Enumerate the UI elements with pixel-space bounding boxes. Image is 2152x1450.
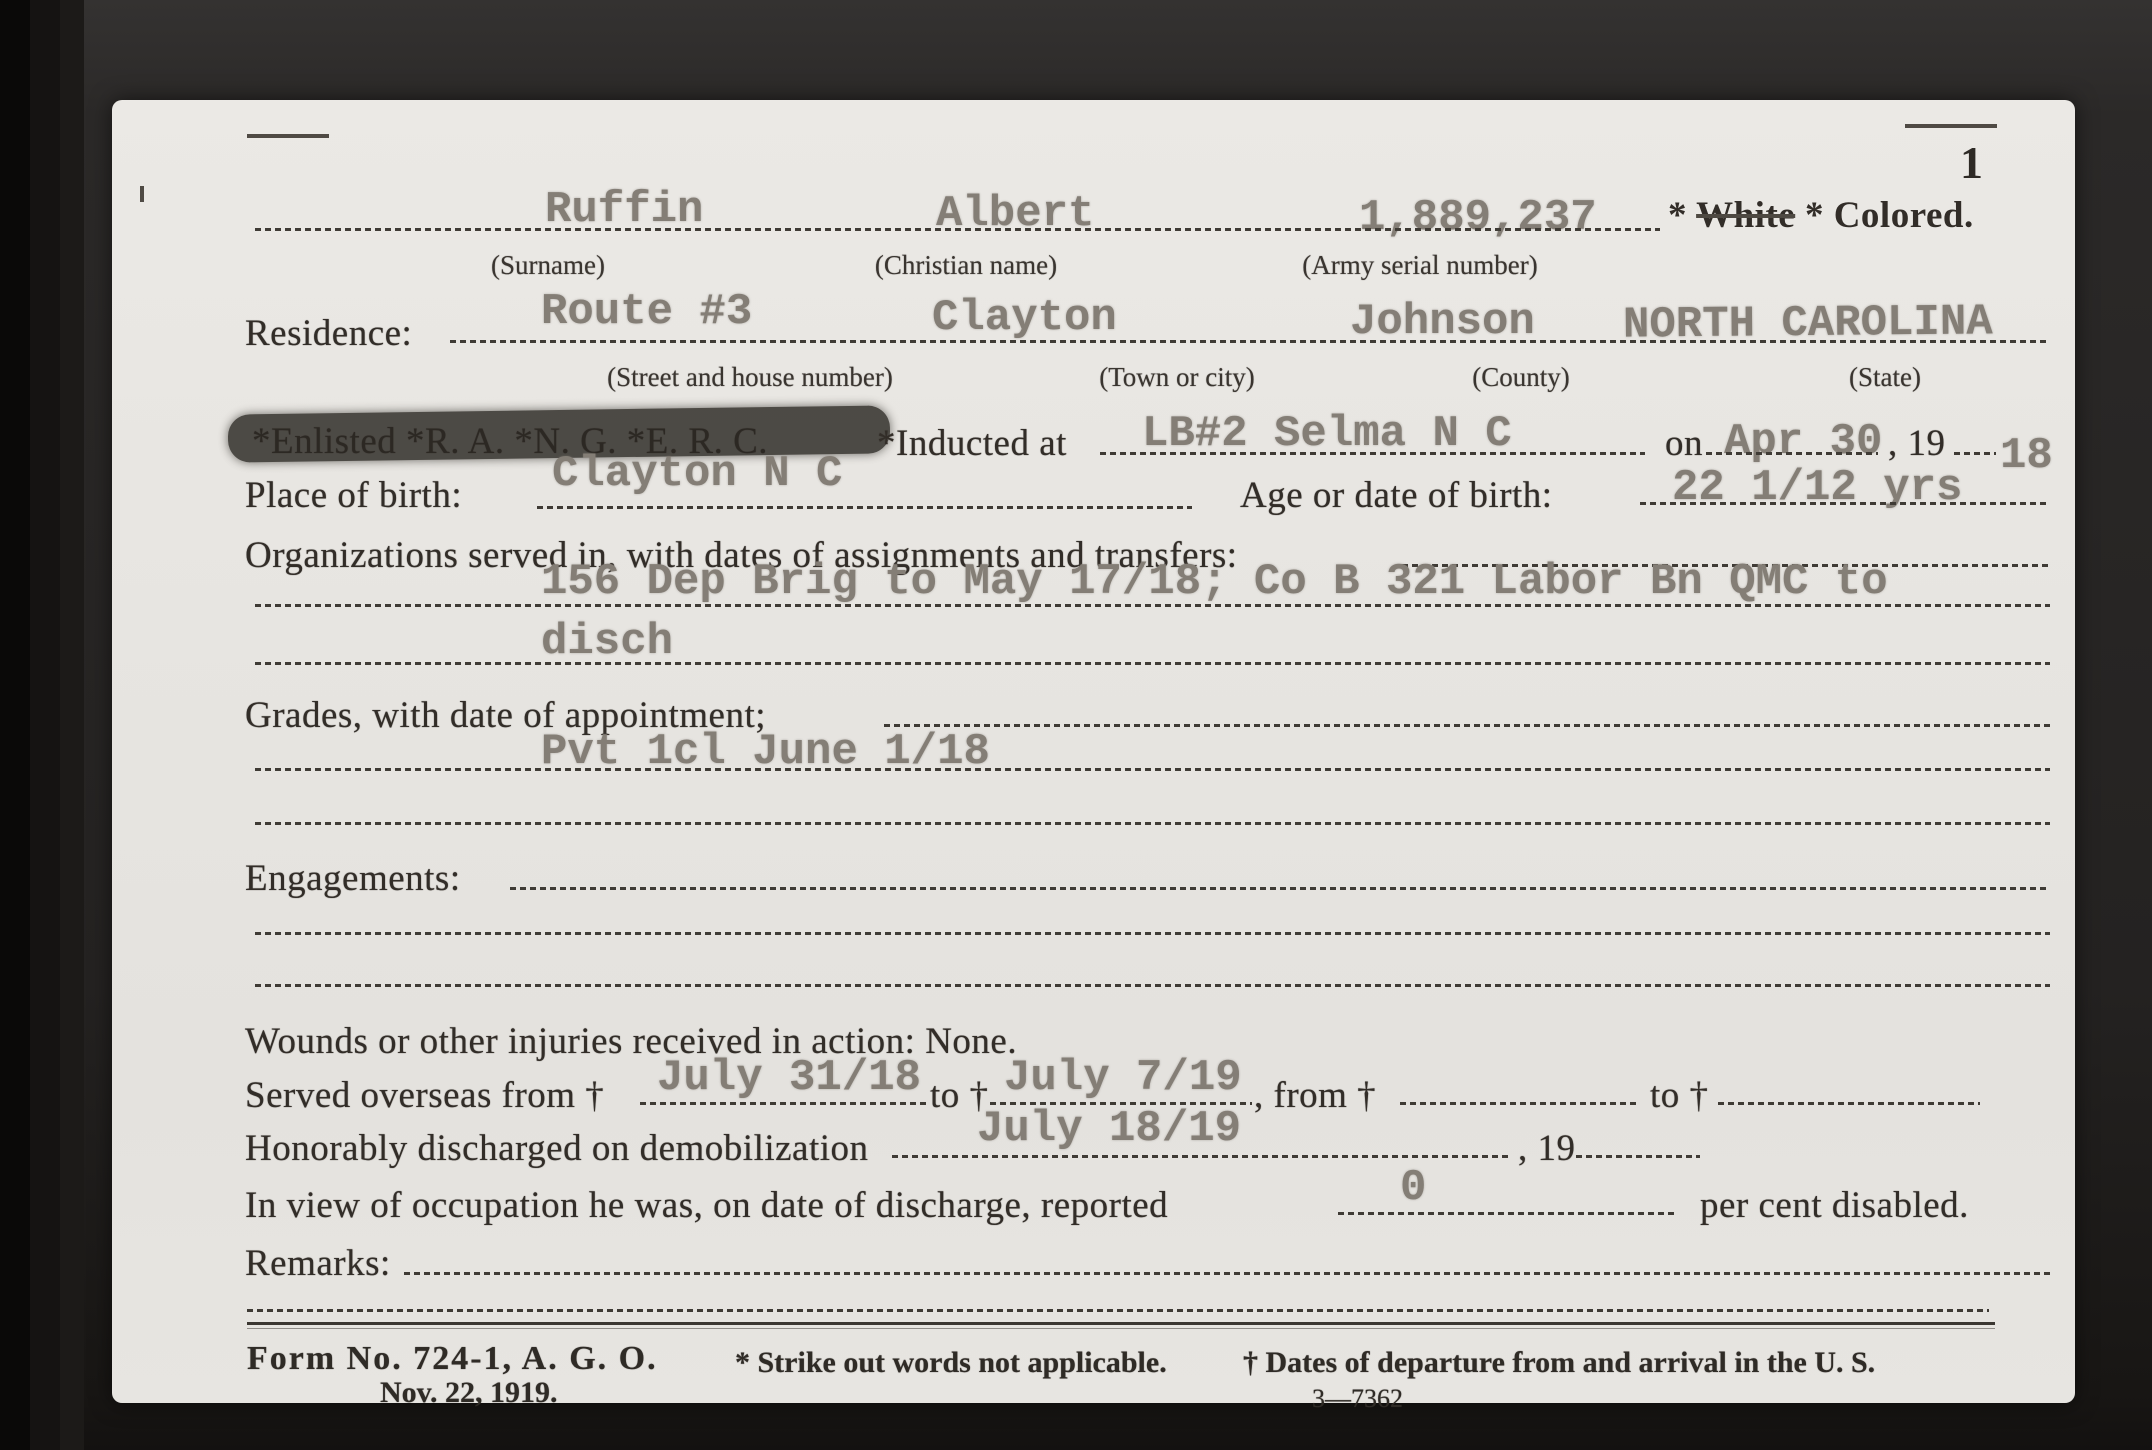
dotted-line: [450, 340, 2050, 343]
organizations-line1-value: 156 Dep Brig to May 17/18; Co B 321 Labo…: [541, 560, 1888, 604]
footnote-dates: † Dates of departure from and arrival in…: [1243, 1346, 1875, 1380]
serial-number-value: 1,889,237: [1359, 196, 1597, 240]
dotted-line: [404, 1272, 2050, 1275]
dotted-line: [255, 662, 2050, 665]
disability-suffix-label: per cent disabled.: [1700, 1184, 1969, 1227]
race-white-struck: White: [1696, 195, 1795, 236]
dotted-line: [1706, 452, 1878, 455]
dotted-line: [537, 506, 1192, 509]
on-label: on: [1665, 422, 1703, 465]
form-number: Form No. 724-1, A. G. O.: [247, 1340, 658, 1378]
dotted-line: [255, 604, 2050, 607]
discharge-date-value: July 18/19: [977, 1107, 1241, 1151]
residence-label: Residence:: [245, 312, 412, 355]
overseas-from1-value: July 31/18: [657, 1056, 921, 1100]
place-of-birth-value: Clayton N C: [552, 452, 842, 496]
footer-rule-echo: [247, 1328, 1995, 1329]
form-date: Nov. 22, 1919.: [380, 1376, 558, 1410]
dotted-line: [255, 768, 2050, 771]
dotted-line: [1400, 1102, 1640, 1105]
street-value: Route #3: [541, 290, 752, 334]
disability-prefix-label: In view of occupation he was, on date of…: [245, 1184, 1168, 1227]
dotted-line: [247, 1309, 1989, 1312]
top-left-dash-mark: [247, 134, 329, 138]
town-value: Clayton: [932, 296, 1117, 340]
inducted-place-value: LB#2 Selma N C: [1142, 412, 1512, 456]
race-star: *: [1668, 195, 1687, 236]
dotted-line: [510, 887, 2050, 890]
engagements-label: Engagements:: [245, 857, 461, 900]
scan-background: 1 Ruffin Albert 1,889,237 * White * Colo…: [0, 0, 2152, 1450]
dotted-line: [1100, 452, 1645, 455]
page-number: 1: [1960, 136, 1983, 189]
dotted-line: [884, 724, 2050, 727]
induction-date-value: Apr 30: [1724, 420, 1882, 464]
remarks-label: Remarks:: [245, 1242, 391, 1285]
dotted-line: [255, 822, 2050, 825]
induction-year-value: 18: [2000, 434, 2053, 478]
page-number-rule: [1905, 124, 1997, 128]
county-label: (County): [1472, 362, 1570, 393]
serial-number-label: (Army serial number): [1302, 250, 1537, 281]
scan-left-edge: [0, 0, 84, 1450]
disability-percent-value: 0: [1400, 1166, 1426, 1210]
dotted-line: [892, 1155, 1510, 1158]
race-colored: * Colored.: [1805, 195, 1974, 236]
overseas-to-label2: to †: [1650, 1074, 1709, 1117]
dotted-line: [1640, 502, 2050, 505]
overseas-from-label2: , from †: [1254, 1074, 1376, 1117]
surname-value: Ruffin: [545, 188, 703, 232]
dotted-line: [255, 984, 2050, 987]
race-options: * White * Colored.: [1668, 194, 1974, 237]
place-of-birth-label: Place of birth:: [245, 474, 462, 517]
organizations-line2-value: disch: [541, 620, 673, 664]
overseas-prefix-label: Served overseas from †: [245, 1074, 604, 1117]
dotted-line: [255, 228, 1660, 231]
surname-label: (Surname): [491, 250, 605, 281]
street-label: (Street and house number): [607, 362, 893, 393]
left-edge-tick-mark: [140, 186, 144, 202]
age-label: Age or date of birth:: [1240, 474, 1553, 517]
dotted-line: [1338, 1212, 1678, 1215]
town-label: (Town or city): [1099, 362, 1255, 393]
year-prefix-label: , 19: [1888, 422, 1946, 465]
print-code: 3—7362: [1312, 1384, 1403, 1414]
discharge-label: Honorably discharged on demobilization: [245, 1127, 869, 1170]
footer-rule: [247, 1322, 1995, 1325]
dotted-line: [1718, 1102, 1980, 1105]
overseas-to1-value: July 7/19: [1004, 1056, 1242, 1100]
discharge-year-label: , 19: [1518, 1127, 1576, 1170]
inducted-at-label: *Inducted at: [877, 422, 1067, 465]
dotted-line: [255, 932, 2050, 935]
dotted-line: [1954, 452, 1996, 455]
state-label: (State): [1849, 362, 1921, 393]
county-value: Johnson: [1350, 300, 1535, 344]
footnote-strike-out: * Strike out words not applicable.: [735, 1346, 1167, 1380]
christian-name-label: (Christian name): [875, 250, 1057, 281]
dotted-line: [640, 1102, 930, 1105]
service-record-card: 1 Ruffin Albert 1,889,237 * White * Colo…: [112, 100, 2075, 1403]
dotted-line: [1576, 1155, 1700, 1158]
